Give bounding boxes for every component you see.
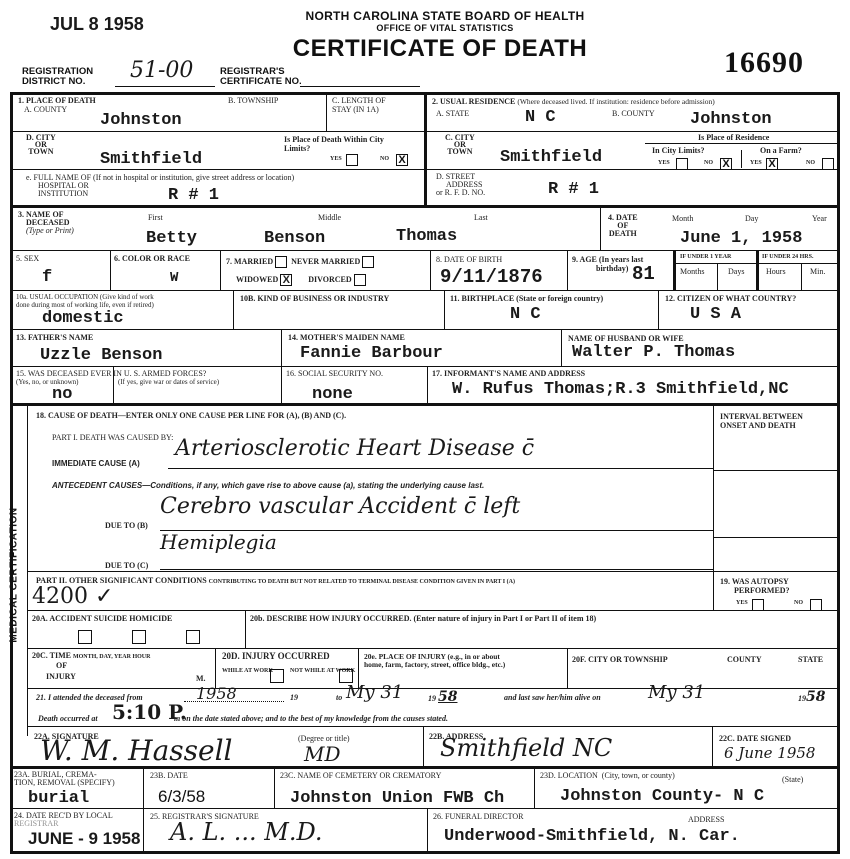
- length-of-stay-label: c. LENGTH OFSTAY (in 1a): [332, 96, 386, 114]
- medical-certification-side-label: MEDICAL CERTIFICATION: [4, 410, 24, 740]
- not-while-at-work-label: NOT WHILE AT WORK: [290, 668, 334, 675]
- while-at-work-label: WHILE AT WORK: [222, 668, 262, 675]
- under-1-year-label: IF UNDER 1 YEAR: [680, 254, 731, 261]
- last-saw-value: My 31: [648, 682, 705, 703]
- hospital-name: R # 1: [168, 186, 219, 205]
- burial-date-label: 23b. DATE: [150, 771, 188, 780]
- attended-to-value: My 31: [346, 682, 403, 703]
- physician-address: Smithfield NC: [440, 734, 612, 762]
- ssn-value: none: [312, 385, 353, 404]
- death-occurred-label: Death occurred at: [38, 714, 98, 723]
- office-name: OFFICE OF VITAL STATISTICS: [250, 23, 640, 33]
- sex-value: f: [42, 268, 52, 287]
- time-of-injury-label: 20c. TIME MONTH, DAY, YEAR HOUR: [32, 651, 150, 661]
- residence-county-label: b. COUNTY: [612, 109, 655, 118]
- father-name: Uzzle Benson: [40, 346, 162, 365]
- date-of-birth-label: 8. DATE OF BIRTH: [436, 255, 502, 264]
- mother-name: Fannie Barbour: [300, 344, 443, 363]
- accident-suicide-homicide-label: 20a. ACCIDENT SUICIDE HOMICIDE: [32, 614, 172, 623]
- date-signed-value: 6 June 1958: [724, 744, 815, 762]
- due-to-b-value: Cerebro vascular Accident c̄ left: [160, 494, 520, 519]
- due-to-c-label: DUE TO (c): [105, 561, 148, 570]
- last-name: Thomas: [396, 227, 457, 246]
- place-of-injury-label: 20e. PLACE OF INJURY (e.g., in or abouth…: [364, 653, 505, 669]
- registrar-signature: A. L. ... M.D.: [170, 818, 323, 846]
- attended-to-label: to: [336, 693, 342, 702]
- injury-state-label: STATE: [798, 655, 823, 664]
- first-name-label: First: [148, 213, 163, 222]
- burial-label: 23a. BURIAL, CREMA-TION, REMOVAL (Specif…: [14, 771, 115, 787]
- armed-forces-value: no: [52, 385, 72, 404]
- township-label: b. TOWNSHIP: [228, 96, 278, 105]
- while-at-work-checkbox[interactable]: [270, 669, 284, 683]
- divorced-checkbox[interactable]: [354, 274, 366, 286]
- time-of-injury-injury: INJURY: [46, 672, 76, 681]
- usual-residence-section-label: 2. USUAL RESIDENCE (Where deceased lived…: [432, 97, 715, 106]
- city-or-town-label: d. CITYORTOWN: [26, 134, 56, 155]
- registration-district-value: 51-00: [130, 58, 193, 83]
- burial-date: 6/3/58: [158, 787, 205, 807]
- date-of-death: June 1, 1958: [680, 229, 802, 248]
- accident-checkbox[interactable]: [78, 630, 92, 644]
- within-city-no-checkbox[interactable]: X: [396, 154, 408, 166]
- occupation-label: 10a. USUAL OCCUPATION (Give kind of work…: [16, 293, 154, 309]
- immediate-cause-value: Arteriosclerotic Heart Disease c̄: [175, 436, 534, 461]
- married-checkbox[interactable]: [275, 256, 287, 268]
- day-label: Day: [745, 214, 758, 223]
- spouse-name-label: NAME OF HUSBAND OR WIFE: [568, 334, 684, 343]
- name-of-deceased-label: 3. NAME OFDECEASED(Type or Print): [18, 211, 74, 235]
- widowed-checkbox[interactable]: X: [280, 274, 292, 286]
- mother-name-label: 14. MOTHER'S MAIDEN NAME: [288, 333, 405, 342]
- antecedent-label: ANTECEDENT CAUSES—Conditions, if any, wh…: [52, 481, 484, 490]
- residence-city: Smithfield: [500, 148, 602, 167]
- cemetery-label: 23c. NAME OF CEMETERY OR CREMATORY: [280, 771, 441, 780]
- informant-value: W. Rufus Thomas;R.3 Smithfield,NC: [452, 380, 789, 399]
- residence-city-label: c. CITYORTOWN: [445, 134, 475, 155]
- middle-name: Benson: [264, 229, 325, 248]
- funeral-director-label: 26. FUNERAL DIRECTOR: [433, 812, 523, 821]
- date-received-label: 24. DATE REC'D BY LOCALREGISTRAR: [14, 812, 113, 828]
- on-farm-no-label: NO: [806, 160, 815, 167]
- location-label: 23d. LOCATION (City, town, or county): [540, 771, 675, 780]
- birthplace-value: N C: [510, 305, 541, 324]
- burial-value: burial: [28, 789, 89, 808]
- in-city-no-checkbox[interactable]: X: [720, 158, 732, 170]
- location-value: Johnston County- N C: [560, 787, 764, 806]
- funeral-director-value: Underwood-Smithfield, N. Car.: [444, 827, 740, 846]
- last-saw-label: and last saw her/him alive on: [504, 693, 601, 702]
- autopsy-yes-label: YES: [736, 600, 748, 607]
- never-married-checkbox[interactable]: [362, 256, 374, 268]
- describe-injury-label: 20b. DESCRIBE HOW INJURY OCCURRED. (Ente…: [250, 614, 596, 623]
- residence-state: N C: [525, 108, 556, 127]
- street-address-label: d. STREETADDRESSor R. F. D. NO.: [436, 173, 485, 197]
- on-farm-no-checkbox[interactable]: [822, 158, 834, 170]
- months-label: Months: [680, 267, 704, 276]
- attended-19-label: 19: [290, 693, 298, 702]
- time-of-injury-of: OF: [56, 661, 67, 670]
- autopsy-no-checkbox[interactable]: [810, 599, 822, 611]
- degree-value: MD: [304, 742, 341, 766]
- on-farm-yes-checkbox[interactable]: X: [766, 158, 778, 170]
- autopsy-no-label: NO: [794, 600, 803, 607]
- cause-of-death-header: 18. CAUSE OF DEATH—ENTER ONLY ONE CAUSE …: [36, 411, 346, 420]
- birthplace-label: 11. BIRTHPLACE (State or foreign country…: [450, 294, 603, 303]
- date-received-stamp: JUNE - 9 1958: [28, 829, 140, 849]
- last-name-label: Last: [474, 213, 488, 222]
- father-name-label: 13. FATHER'S NAME: [16, 333, 93, 342]
- part2-code: 4200 ✓: [32, 584, 113, 609]
- armed-forces-label: 15. WAS DECEASED EVER IN U. S. ARMED FOR…: [16, 369, 206, 378]
- under-24-hours-label: IF UNDER 24 HRS.: [762, 254, 813, 261]
- physician-signature: W. M. Hassell: [40, 734, 233, 767]
- injury-city-township-label: 20f. CITY OR TOWNSHIP: [572, 655, 668, 664]
- race-label: 6. COLOR OR RACE: [114, 254, 190, 263]
- date-of-birth: 9/11/1876: [440, 266, 543, 288]
- hours-label: Hours: [766, 267, 786, 276]
- month-label: Month: [672, 214, 693, 223]
- middle-name-label: Middle: [318, 213, 341, 222]
- informant-label: 17. INFORMANT'S NAME AND ADDRESS: [432, 369, 585, 378]
- citizen-value: U S A: [690, 305, 741, 324]
- occupation-value: domestic: [42, 309, 124, 328]
- time-of-injury-m: M.: [196, 674, 206, 683]
- residence-street: R # 1: [548, 180, 599, 199]
- injury-county-label: COUNTY: [727, 655, 762, 664]
- received-date-stamp: JUL 8 1958: [50, 14, 144, 35]
- registrar-certificate-label: REGISTRAR'S CERTIFICATE NO.: [220, 67, 302, 87]
- autopsy-yes-checkbox[interactable]: [752, 599, 764, 611]
- interval-label: INTERVAL BETWEENONSET AND DEATH: [720, 412, 803, 430]
- residence-county: Johnston: [690, 110, 772, 129]
- citizen-label: 12. CITIZEN OF WHAT COUNTRY?: [665, 294, 796, 303]
- days-label: Days: [728, 267, 744, 276]
- immediate-cause-label: IMMEDIATE CAUSE (a): [52, 459, 140, 468]
- cemetery-value: Johnston Union FWB Ch: [290, 789, 504, 808]
- death-occurred-suffix: m on the date stated above; and to the b…: [174, 714, 448, 723]
- homicide-checkbox[interactable]: [186, 630, 200, 644]
- suicide-checkbox[interactable]: [132, 630, 146, 644]
- autopsy-label: 19. WAS AUTOPSYPERFORMED?: [720, 577, 790, 595]
- in-city-yes-label: YES: [658, 160, 670, 167]
- armed-forces-service-label: (If yes, give war or dates of service): [118, 378, 219, 387]
- in-city-yes-checkbox[interactable]: [676, 158, 688, 170]
- date-signed-label: 22c. DATE SIGNED: [719, 734, 791, 743]
- within-city-yes-label: YES: [330, 156, 342, 163]
- widowed-row: WIDOWED X DIVORCED: [236, 274, 366, 286]
- age-value: 81: [632, 263, 655, 285]
- last-saw-year: 1958: [798, 693, 825, 703]
- location-state-label: (State): [782, 775, 803, 784]
- place-of-death-section-label: 1. PLACE OF DEATH: [18, 96, 96, 105]
- race-value: W: [170, 270, 178, 286]
- funeral-address-label: ADDRESS: [688, 815, 724, 824]
- agency-name: NORTH CAROLINA STATE BOARD OF HEALTH: [250, 9, 640, 23]
- year-label: Year: [812, 214, 827, 223]
- place-of-residence-label: Is Place of Residence: [698, 133, 769, 142]
- on-farm-yes-label: YES: [750, 160, 762, 167]
- spouse-name: Walter P. Thomas: [572, 343, 735, 362]
- hospital-label-sub: HOSPITAL ORINSTITUTION: [38, 182, 89, 198]
- min-label: Min.: [810, 267, 825, 276]
- injury-occurred-label: 20d. INJURY OCCURRED: [222, 652, 330, 661]
- in-city-no-label: NO: [704, 160, 713, 167]
- ssn-label: 16. SOCIAL SECURITY NO.: [286, 369, 383, 378]
- due-to-b-continued: Hemiplegia: [160, 530, 277, 554]
- part1-label: PART I. DEATH WAS CAUSED BY:: [52, 433, 173, 442]
- within-city-yes-checkbox[interactable]: [346, 154, 358, 166]
- within-city-label: Is Place of Death Within CityLimits?: [284, 135, 384, 153]
- place-of-death-city: Smithfield: [100, 150, 202, 169]
- certificate-number: 16690: [724, 46, 804, 80]
- first-name: Betty: [146, 229, 197, 248]
- county-label: a. COUNTY: [24, 105, 67, 114]
- document-title: CERTIFICATE OF DEATH: [240, 35, 640, 63]
- date-of-death-label: 4. DATEOFDEATH: [608, 214, 638, 238]
- place-of-death-county: Johnston: [100, 111, 182, 130]
- attended-from-value: 1958: [196, 684, 237, 703]
- in-city-limits-label: In City Limits?: [652, 146, 704, 155]
- residence-state-label: a. STATE: [436, 109, 469, 118]
- registration-district-label: REGISTRATION DISTRICT NO.: [22, 67, 93, 87]
- married-row: 7. MARRIED NEVER MARRIED: [226, 256, 374, 268]
- on-farm-label: On a Farm?: [760, 146, 802, 155]
- sex-label: 5. SEX: [16, 254, 39, 263]
- business-label: 10b. KIND OF BUSINESS OR INDUSTRY: [240, 294, 389, 303]
- attended-to-year: 19 58: [428, 693, 457, 703]
- due-to-b-label: DUE TO (b): [105, 521, 148, 530]
- within-city-no-label: NO: [380, 156, 389, 163]
